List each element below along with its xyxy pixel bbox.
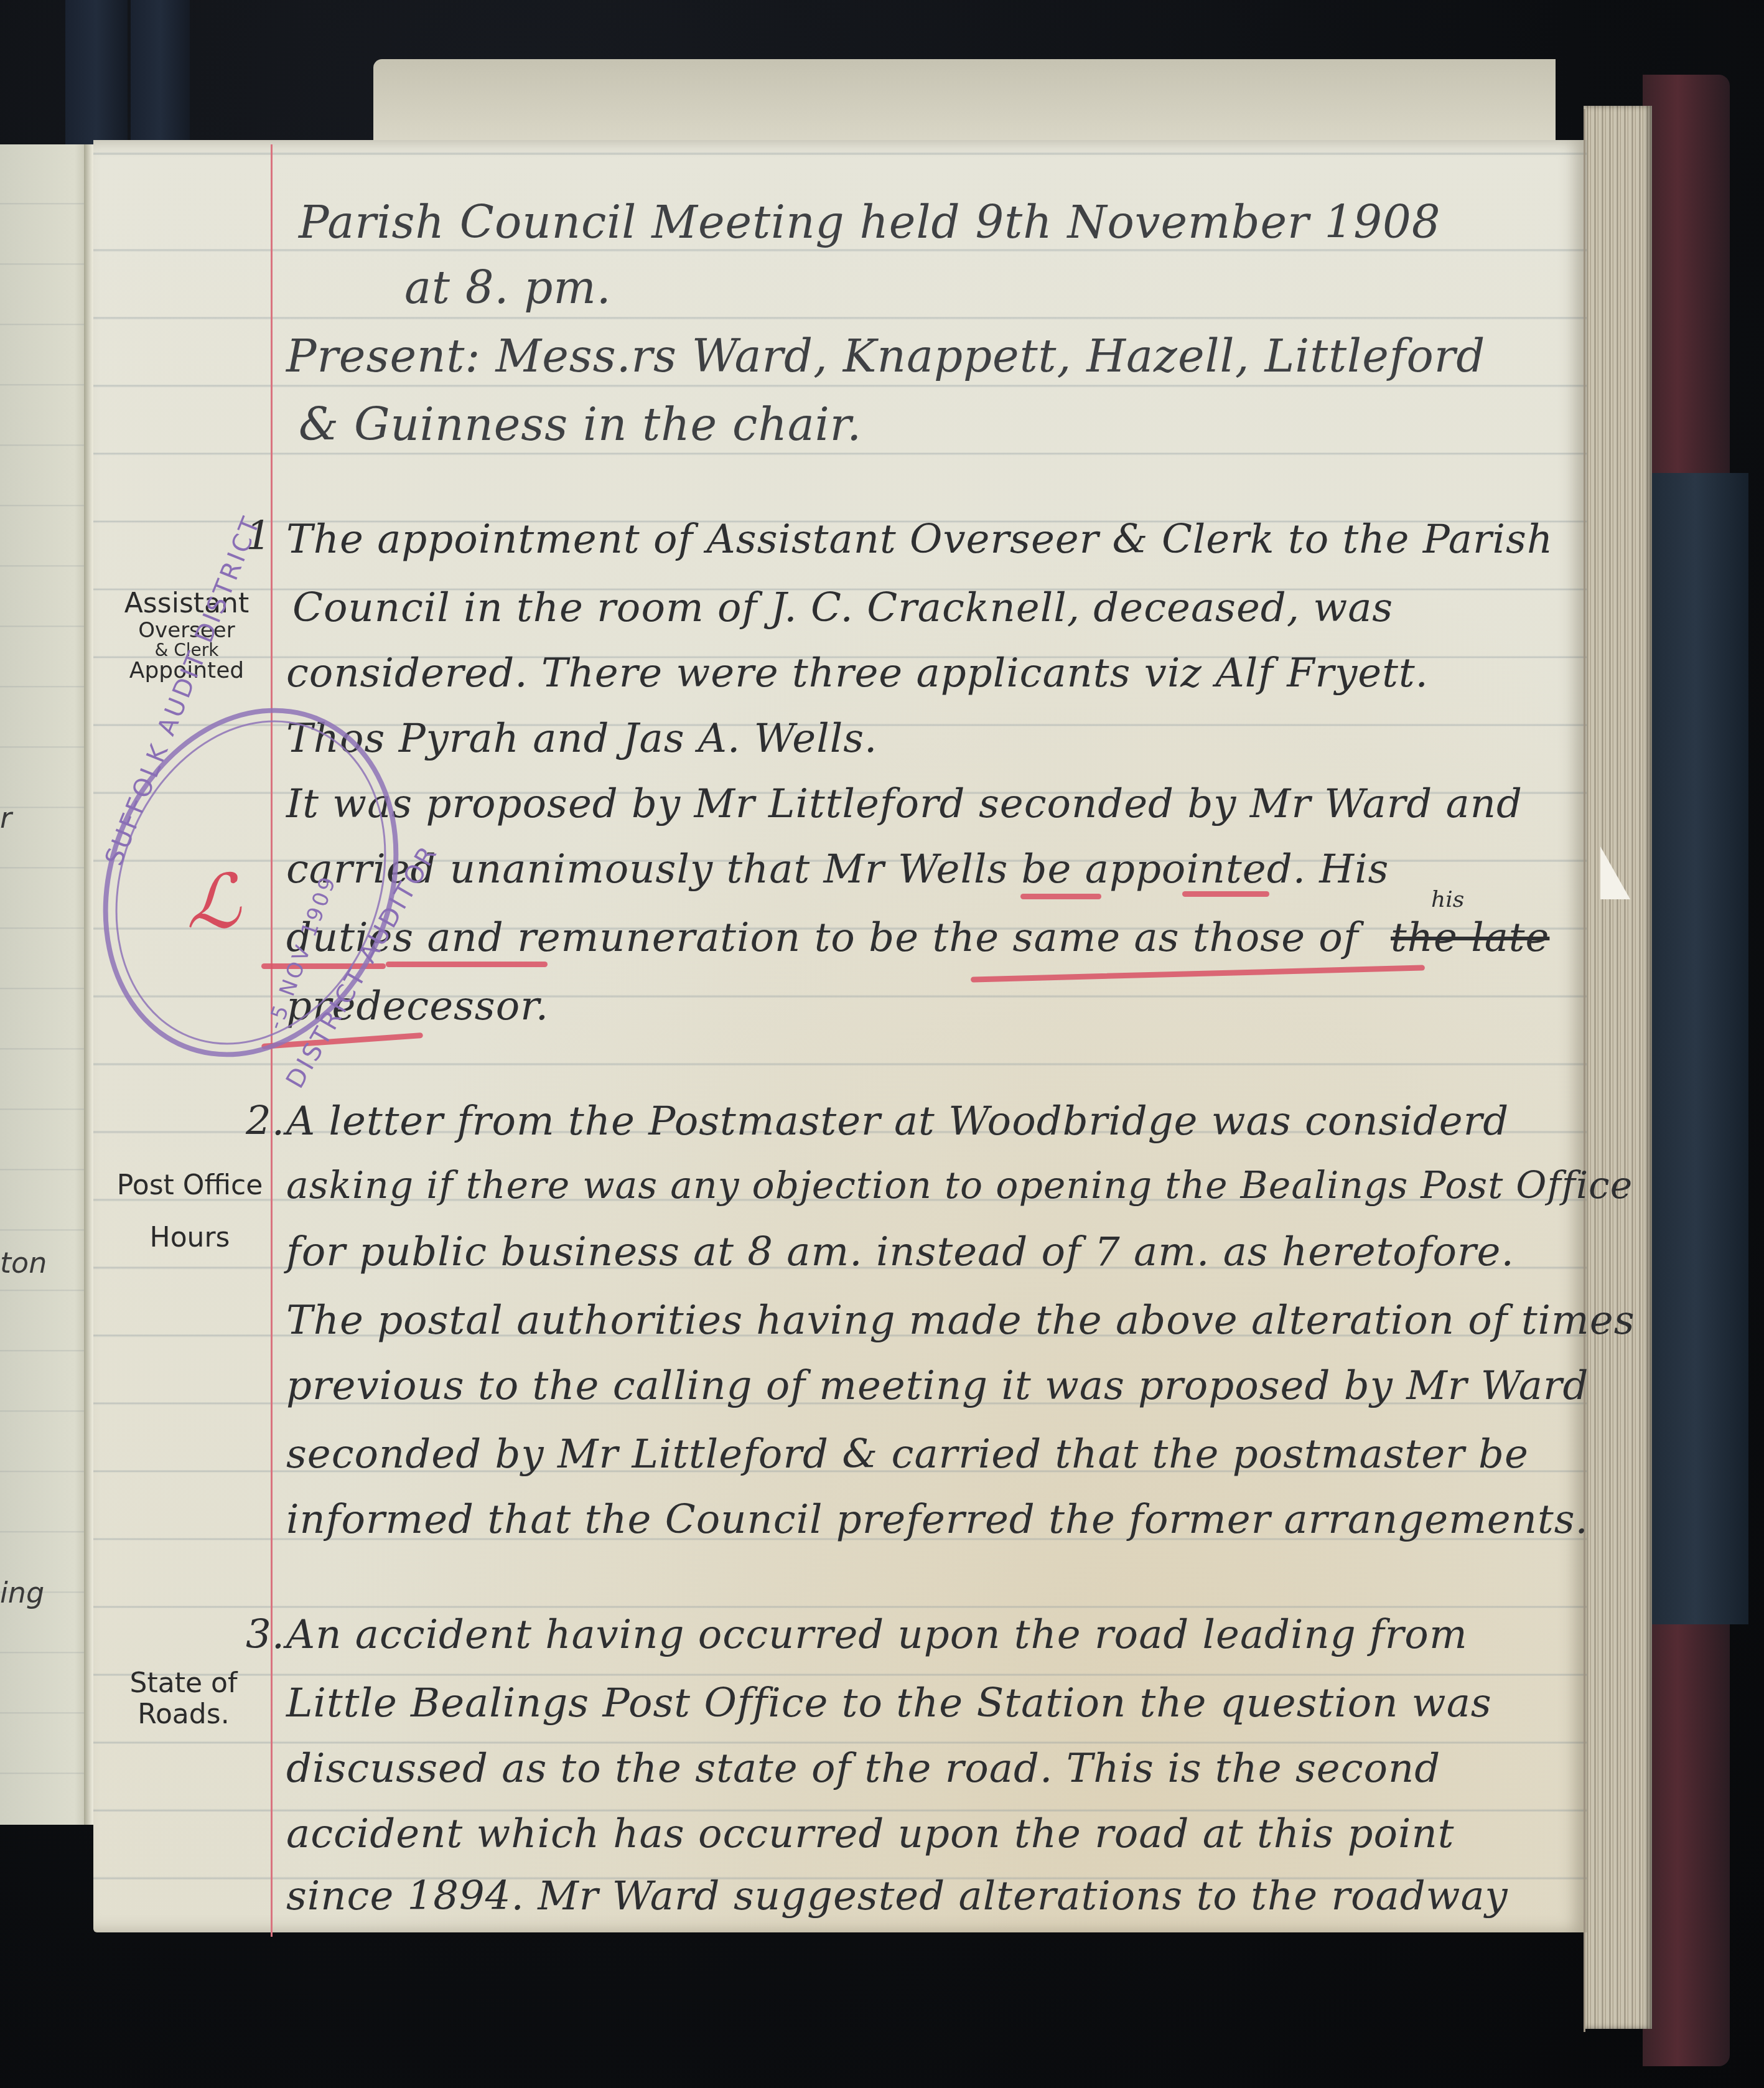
minute-line: informed that the Council preferred the … [286, 1497, 1589, 1543]
margin-note-line: State of [112, 1668, 255, 1699]
meeting-time: at 8. pm. [404, 261, 612, 314]
margin-note-state-of-roads: State of Roads. [112, 1668, 255, 1730]
minute-line: considered. There were three applicants … [286, 650, 1429, 696]
minute-line: seconded by Mr Littleford & carried that… [286, 1431, 1529, 1477]
red-underline [1182, 891, 1269, 897]
auditor-signature: ℒ [187, 859, 240, 945]
minute-line: It was proposed by Mr Littleford seconde… [286, 781, 1523, 827]
page-edge-rule [1584, 109, 1585, 2032]
margin-note-line: Hours [112, 1222, 268, 1253]
minute-line: An accident having occurred upon the roa… [286, 1612, 1468, 1658]
margin-note-post-office-hours: Post Office Hours [112, 1170, 268, 1253]
minute-line: carried unanimously that Mr Wells be app… [286, 846, 1389, 892]
minute-line: for public business at 8 am. instead of … [286, 1229, 1514, 1275]
margin-note-line: Overseer [109, 619, 264, 642]
minute-line: The appointment of Assistant Overseer & … [286, 517, 1553, 563]
red-underline [1020, 894, 1101, 899]
inserted-text: his [1431, 887, 1464, 912]
spine-strap [65, 0, 128, 149]
margin-note-line: Roads. [112, 1699, 255, 1730]
minute-line: previous to the calling of meeting it wa… [286, 1363, 1589, 1409]
minute-line: since 1894. Mr Ward suggested alteration… [286, 1873, 1508, 1919]
margin-note-line: Assistant [109, 588, 264, 619]
struck-text: the late [1391, 915, 1549, 961]
minute-line: duties and remuneration to be the same a… [286, 915, 1359, 961]
minute-line: asking if there was any objection to ope… [286, 1164, 1633, 1207]
margin-note-line: Post Office [112, 1170, 268, 1201]
meeting-title: Parish Council Meeting held 9th November… [299, 196, 1441, 248]
item-number: 3. [246, 1612, 285, 1658]
left-page-fragment: ing [0, 1576, 44, 1609]
red-underline [386, 962, 548, 967]
present-list: Present: Mess.rs Ward, Knappett, Hazell,… [286, 330, 1485, 382]
minute-line: Council in the room of J. C. Cracknell, … [292, 585, 1393, 631]
item-number: 2. [246, 1098, 285, 1145]
book-cover-cloth [1643, 473, 1748, 1624]
left-page: r ton ing [0, 144, 93, 1825]
page-edges [1584, 106, 1652, 2029]
minute-line: A letter from the Postmaster at Woodbrid… [286, 1098, 1509, 1145]
spine-strap [131, 0, 190, 149]
minute-line: discussed as to the state of the road. T… [286, 1746, 1440, 1792]
chair-line: & Guinness in the chair. [299, 398, 862, 451]
minute-line: Little Bealings Post Office to the Stati… [286, 1680, 1492, 1726]
minute-line: accident which has occurred upon the roa… [286, 1811, 1454, 1857]
left-page-fragment: r [0, 801, 12, 835]
left-page-fragment: ton [0, 1246, 47, 1280]
minute-line: The postal authorities having made the a… [286, 1298, 1635, 1344]
minute-line: Thos Pyrah and Jas A. Wells. [286, 716, 877, 762]
page-curl [373, 59, 1556, 152]
